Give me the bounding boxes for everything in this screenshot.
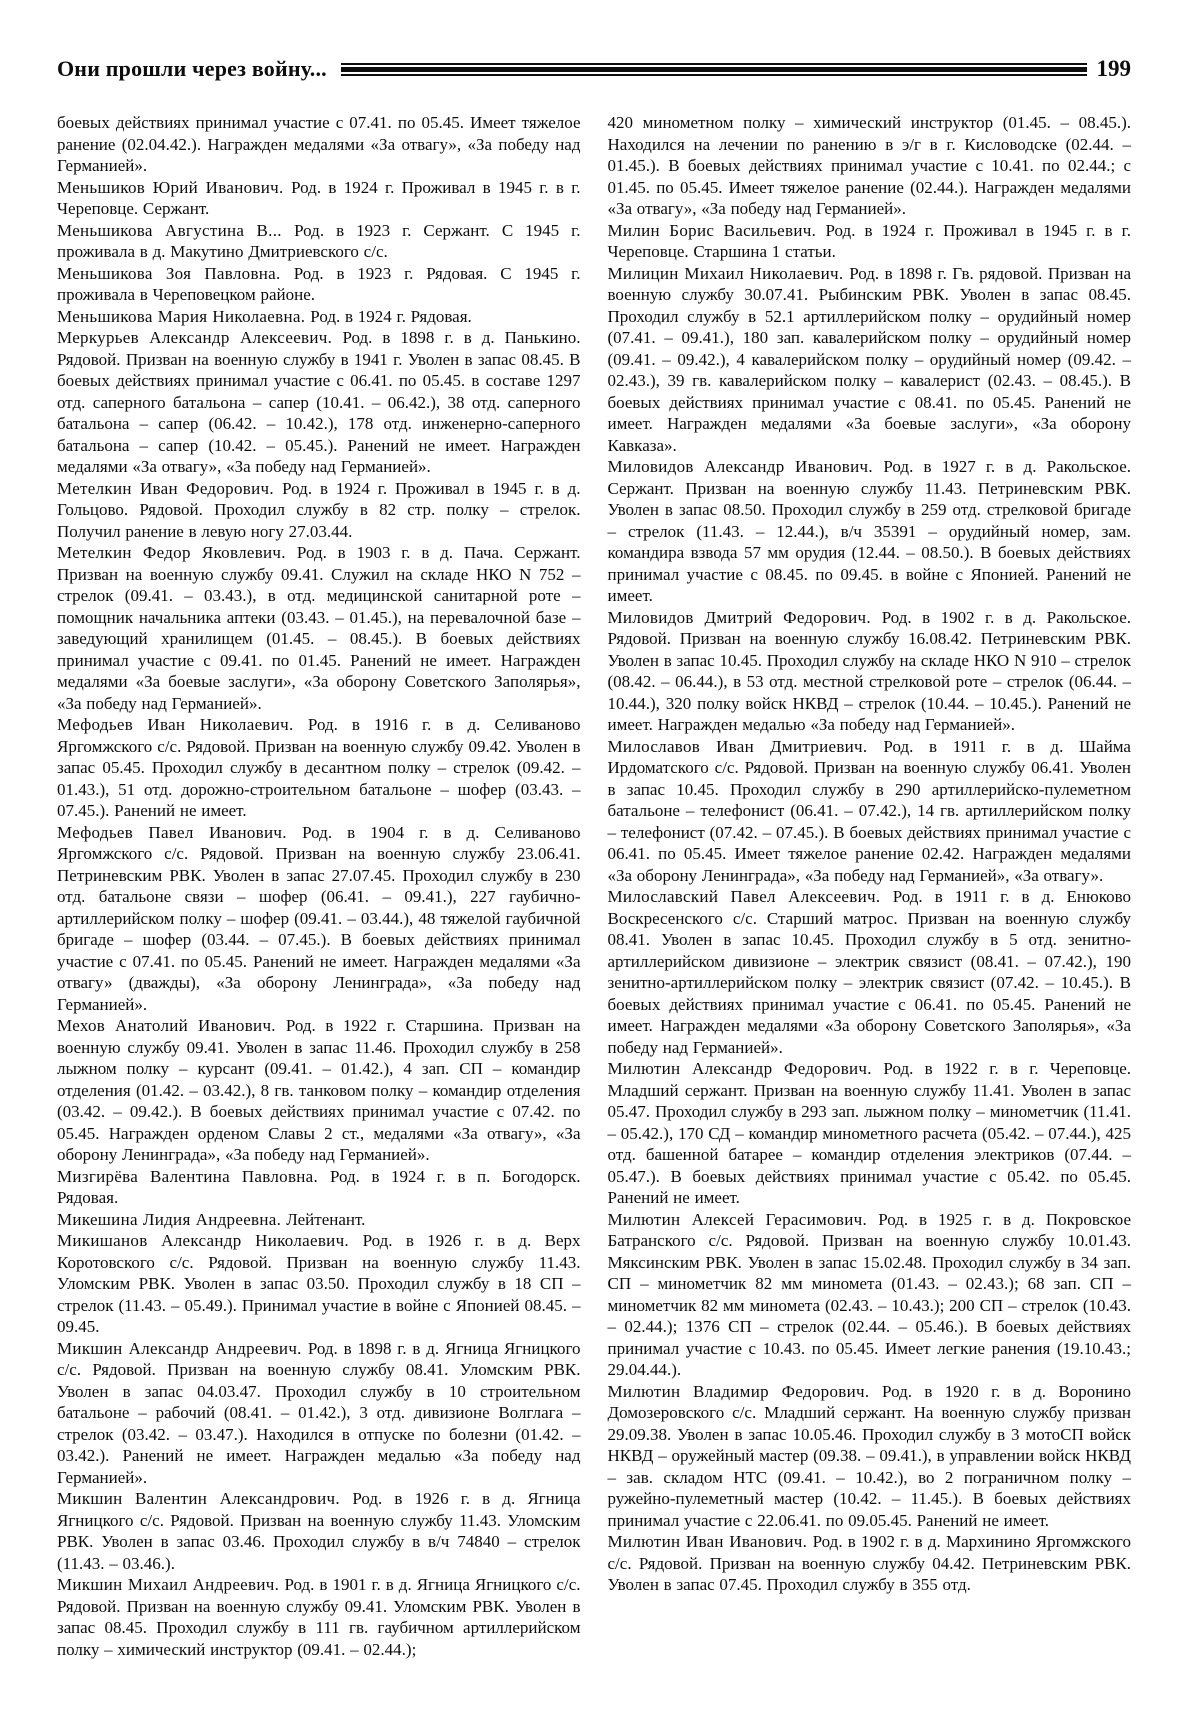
entry-paragraph: Милославский Павел Алексеевич. Род. в 19… <box>608 886 1132 1058</box>
entry-paragraph: Метелкин Федор Яковлевич. Род. в 1903 г.… <box>57 542 581 714</box>
entry-name: Меньшикова Августина В... <box>57 221 294 240</box>
entry-paragraph: 420 минометном полку – химический инстру… <box>608 112 1132 220</box>
entry-name: Милютин Алексей Герасимович. <box>608 1210 879 1229</box>
entry-name: Мизгирёва Валентина Павловна. <box>57 1167 330 1186</box>
entry-name: Микешина Лидия Андреевна. <box>57 1210 286 1229</box>
entry-name: Миловидов Александр Иванович. <box>608 457 884 476</box>
running-head: Они прошли через войну... 199 <box>57 52 1131 86</box>
entry-name: Метелкин Иван Федорович. <box>57 479 282 498</box>
entry-paragraph: Милютин Алексей Герасимович. Род. в 1925… <box>608 1209 1132 1381</box>
page-title: Они прошли через войну... <box>57 56 327 82</box>
entry-name: Милославов Иван Дмитриевич. <box>608 737 884 756</box>
rule-thin-bottom <box>341 74 1087 76</box>
entry-paragraph: Меньшикова Мария Николаевна. Род. в 1924… <box>57 306 581 328</box>
entry-paragraph: Мизгирёва Валентина Павловна. Род. в 192… <box>57 1166 581 1209</box>
entry-paragraph: Меньшиков Юрий Иванович. Род. в 1924 г. … <box>57 177 581 220</box>
entry-paragraph: Меркурьев Александр Алексеевич. Род. в 1… <box>57 327 581 478</box>
entry-paragraph: Милин Борис Васильевич. Род. в 1924 г. П… <box>608 220 1132 263</box>
entry-name: Меркурьев Александр Алексеевич. <box>57 328 342 347</box>
entry-paragraph: Миловидов Дмитрий Федорович. Род. в 1902… <box>608 607 1132 736</box>
rule-thin-top <box>341 63 1087 65</box>
entry-name: Метелкин Федор Яковлевич. <box>57 543 297 562</box>
entry-name: Милицин Михаил Николаевич. <box>608 264 850 283</box>
left-column: боевых действиях принимал участие с 07.4… <box>57 112 581 1660</box>
page-number: 199 <box>1097 56 1132 82</box>
entry-name: Микишанов Александр Николаевич. <box>57 1231 363 1250</box>
entry-name: Меньшиков Юрий Иванович. <box>57 178 291 197</box>
entry-paragraph: Микшин Валентин Александрович. Род. в 19… <box>57 1488 581 1574</box>
text-columns: боевых действиях принимал участие с 07.4… <box>57 112 1131 1660</box>
book-page: Они прошли через войну... 199 боевых дей… <box>0 0 1191 1723</box>
entry-paragraph: Микешина Лидия Андреевна. Лейтенант. <box>57 1209 581 1231</box>
entry-paragraph: Милютин Александр Федорович. Род. в 1922… <box>608 1058 1132 1209</box>
entry-paragraph: Микишанов Александр Николаевич. Род. в 1… <box>57 1230 581 1338</box>
entry-name: Милютин Владимир Федорович. <box>608 1382 883 1401</box>
entry-paragraph: Милославов Иван Дмитриевич. Род. в 1911 … <box>608 736 1132 887</box>
rule-thick <box>341 67 1087 72</box>
entry-paragraph: Милицин Михаил Николаевич. Род. в 1898 г… <box>608 263 1132 457</box>
entry-paragraph: боевых действиях принимал участие с 07.4… <box>57 112 581 177</box>
entry-paragraph: Микшин Михаил Андреевич. Род. в 1901 г. … <box>57 1574 581 1660</box>
entry-name: Мефодьев Иван Николаевич. <box>57 715 308 734</box>
entry-paragraph: Мефодьев Иван Николаевич. Род. в 1916 г.… <box>57 714 581 822</box>
right-column: 420 минометном полку – химический инстру… <box>608 112 1132 1660</box>
entry-paragraph: Мехов Анатолий Иванович. Род. в 1922 г. … <box>57 1015 581 1166</box>
entry-name: Милютин Иван Иванович. <box>608 1532 813 1551</box>
header-rule <box>341 63 1087 76</box>
entry-name: Микшин Валентин Александрович. <box>57 1489 352 1508</box>
entry-name: Микшин Михаил Андреевич. <box>57 1575 284 1594</box>
entry-name: Микшин Александр Андреевич. <box>57 1339 308 1358</box>
entry-name: Милин Борис Васильевич. <box>608 221 826 240</box>
entry-paragraph: Микшин Александр Андреевич. Род. в 1898 … <box>57 1338 581 1489</box>
entry-paragraph: Мефодьев Павел Иванович. Род. в 1904 г. … <box>57 822 581 1016</box>
entry-paragraph: Милютин Иван Иванович. Род. в 1902 г. в … <box>608 1531 1132 1596</box>
entry-name: Миловидов Дмитрий Федорович. <box>608 608 882 627</box>
entry-name: Милославский Павел Алексеевич. <box>608 887 893 906</box>
entry-name: Меньшикова Зоя Павловна. <box>57 264 294 283</box>
entry-name: Меньшикова Мария Николаевна. <box>57 307 310 326</box>
entry-paragraph: Меньшикова Зоя Павловна. Род. в 1923 г. … <box>57 263 581 306</box>
entry-paragraph: Метелкин Иван Федорович. Род. в 1924 г. … <box>57 478 581 543</box>
entry-name: Мефодьев Павел Иванович. <box>57 823 302 842</box>
entry-paragraph: Милютин Владимир Федорович. Род. в 1920 … <box>608 1381 1132 1532</box>
entry-paragraph: Меньшикова Августина В... Род. в 1923 г.… <box>57 220 581 263</box>
entry-paragraph: Миловидов Александр Иванович. Род. в 192… <box>608 456 1132 607</box>
entry-name: Милютин Александр Федорович. <box>608 1059 884 1078</box>
entry-name: Мехов Анатолий Иванович. <box>57 1016 286 1035</box>
